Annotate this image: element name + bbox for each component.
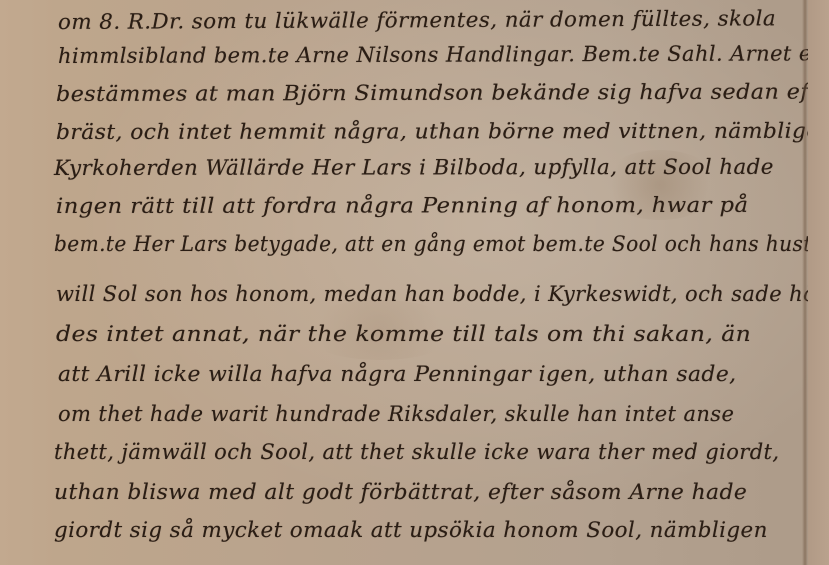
- manuscript-line-1: om 8. R.Dr. som tu lükwälle förmentes, n…: [58, 6, 776, 34]
- manuscript-line-14: giordt sig så mycket omaak att upsökia h…: [54, 518, 768, 542]
- manuscript-page: om 8. R.Dr. som tu lükwälle förmentes, n…: [0, 0, 829, 565]
- manuscript-line-8: will Sol son hos honom, medan han bodde,…: [56, 282, 829, 306]
- manuscript-line-6: ingen rätt till att fordra några Penning…: [56, 193, 748, 218]
- manuscript-line-13: uthan bliswa med alt godt förbättrat, ef…: [54, 480, 747, 504]
- manuscript-line-4: bräst, och intet hemmit några, uthan bör…: [56, 119, 829, 144]
- manuscript-line-9: des intet annat, när the komme till tals…: [56, 322, 751, 346]
- manuscript-line-7: bem.te Her Lars betygade, att en gång em…: [54, 232, 829, 256]
- manuscript-line-5: Kyrkoherden Wällärde Her Lars i Bilboda,…: [54, 155, 774, 180]
- manuscript-line-3: bestämmes at man Björn Simundson bekände…: [56, 79, 829, 106]
- facing-page-edge: [808, 0, 829, 565]
- manuscript-line-2: himmlsibland bem.te Arne Nilsons Handlin…: [58, 41, 829, 68]
- handwritten-text-block: om 8. R.Dr. som tu lükwälle förmentes, n…: [0, 0, 800, 565]
- manuscript-line-10: att Arill icke willa hafva några Penning…: [58, 362, 737, 386]
- manuscript-line-11: om thet hade warit hundrade Riksdaler, s…: [58, 402, 734, 426]
- manuscript-line-12: thett, jämwäll och Sool, att thet skulle…: [54, 440, 779, 464]
